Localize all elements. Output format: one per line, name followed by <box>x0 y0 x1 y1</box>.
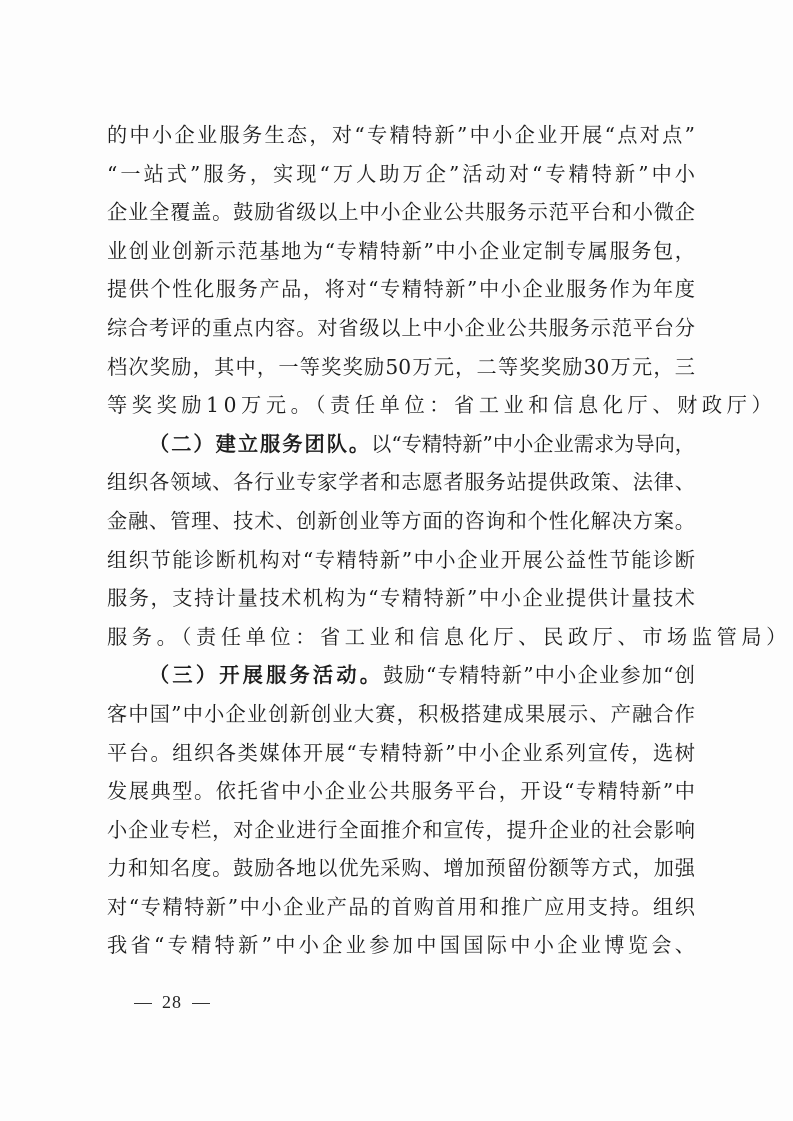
text-line: 档次奖励，其中，一等奖奖励50万元，二等奖奖励30万元，三 <box>107 348 695 387</box>
text-line: 提供个性化服务产品，将对“专精特新”中小企业服务作为年度 <box>107 270 695 309</box>
dash-right <box>192 1003 210 1004</box>
section-text: 鼓励“专精特新”中小企业参加“创 <box>383 663 695 687</box>
document-page: 的中小企业服务生态，对“专精特新”中小企业开展“点对点” “一站式”服务，实现“… <box>107 116 695 965</box>
text-line: “一站式”服务，实现“万人助万企”活动对“专精特新”中小 <box>107 155 695 194</box>
text-line: 客中国”中小企业创新创业大赛，积极搭建成果展示、产融合作 <box>107 695 695 734</box>
section-heading: （三）开展服务活动。 <box>149 663 383 687</box>
text-line: 对“专精特新”中小企业产品的首购首用和推广应用支持。组织 <box>107 888 695 927</box>
section-heading: （二）建立服务团队。 <box>149 432 371 456</box>
section-first-line: （二）建立服务团队。以“专精特新”中小企业需求为导向， <box>107 425 695 464</box>
text-line: 力和知名度。鼓励各地以优先采购、增加预留份额等方式，加强 <box>107 849 695 888</box>
page-number-footer: 28 <box>124 992 220 1013</box>
text-line: 我省“专精特新”中小企业参加中国国际中小企业博览会、 <box>107 926 695 965</box>
page-number: 28 <box>162 992 182 1012</box>
text-line: 企业全覆盖。鼓励省级以上中小企业公共服务示范平台和小微企 <box>107 193 695 232</box>
text-line: 小企业专栏，对企业进行全面推介和宣传，提升企业的社会影响 <box>107 811 695 850</box>
text-line: 发展典型。依托省中小企业公共服务平台，开设“专精特新”中 <box>107 772 695 811</box>
section-text: 以“专精特新”中小企业需求为导向， <box>371 432 695 456</box>
section-build-service-team: （二）建立服务团队。以“专精特新”中小企业需求为导向， 组织各领域、各行业专家学… <box>107 425 695 657</box>
text-line: 综合考评的重点内容。对省级以上中小企业公共服务示范平台分 <box>107 309 695 348</box>
text-line: 服务。（责任单位：省工业和信息化厅、民政厅、市场监管局） <box>107 618 695 657</box>
text-line: 平台。组织各类媒体开展“专精特新”中小企业系列宣传，选树 <box>107 734 695 773</box>
paragraph-service-ecosystem: 的中小企业服务生态，对“专精特新”中小企业开展“点对点” “一站式”服务，实现“… <box>107 116 695 425</box>
text-line: 组织各领域、各行业专家学者和志愿者服务站提供政策、法律、 <box>107 463 695 502</box>
text-line: 的中小企业服务生态，对“专精特新”中小企业开展“点对点” <box>107 116 695 155</box>
text-line: 金融、管理、技术、创新创业等方面的咨询和个性化解决方案。 <box>107 502 695 541</box>
text-line: 业创业创新示范基地为“专精特新”中小企业定制专属服务包， <box>107 232 695 271</box>
text-line: 服务，支持计量技术机构为“专精特新”中小企业提供计量技术 <box>107 579 695 618</box>
section-first-line: （三）开展服务活动。鼓励“专精特新”中小企业参加“创 <box>107 656 695 695</box>
text-line: 组织节能诊断机构对“专精特新”中小企业开展公益性节能诊断 <box>107 541 695 580</box>
text-line: 等奖奖励10万元。（责任单位：省工业和信息化厅、财政厅） <box>107 386 695 425</box>
section-service-activities: （三）开展服务活动。鼓励“专精特新”中小企业参加“创 客中国”中小企业创新创业大… <box>107 656 695 965</box>
dash-left <box>134 1003 152 1004</box>
